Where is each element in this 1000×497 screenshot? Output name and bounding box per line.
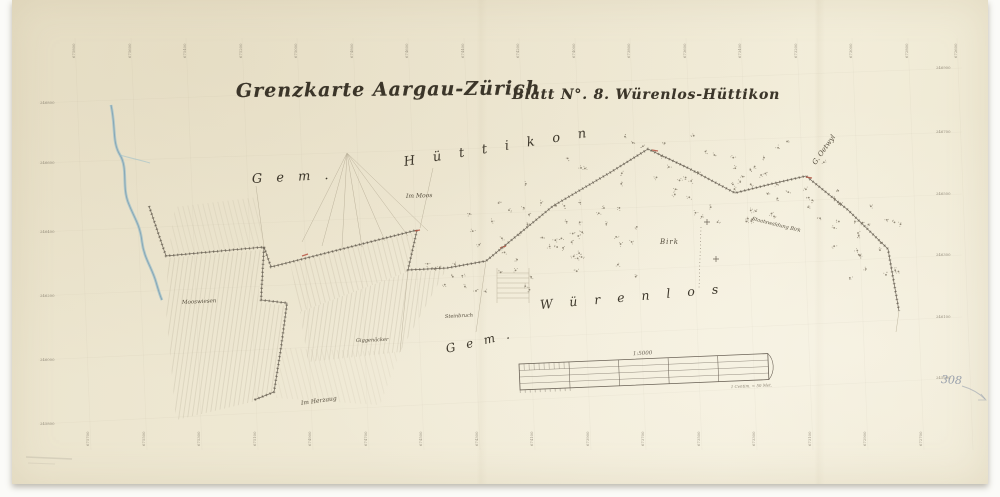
svg-text:672600: 672600 xyxy=(953,43,958,58)
svg-text:673000: 673000 xyxy=(848,43,853,58)
svg-text:246200: 246200 xyxy=(40,293,55,298)
svg-text:246700: 246700 xyxy=(936,129,951,134)
scale-ratio-label: 1:5000 xyxy=(633,350,653,357)
svg-text:675300: 675300 xyxy=(196,431,201,446)
svg-text:246100: 246100 xyxy=(936,314,951,319)
svg-text:246500: 246500 xyxy=(936,191,951,196)
svg-text:674300: 674300 xyxy=(474,431,479,446)
svg-text:246300: 246300 xyxy=(936,252,951,257)
svg-text:675400: 675400 xyxy=(182,43,187,58)
svg-text:674100: 674100 xyxy=(529,431,534,446)
svg-text:672700: 672700 xyxy=(918,431,923,446)
scale-unit-label: 1 Centim. = 50 Met. xyxy=(731,382,773,389)
place-label-giggenaecker: Giggenäcker xyxy=(356,337,389,344)
svg-text:673800: 673800 xyxy=(626,43,631,58)
svg-text:246000: 246000 xyxy=(40,357,55,362)
pencil-sheet-number: 308 xyxy=(941,373,963,387)
svg-text:674000: 674000 xyxy=(571,43,576,58)
svg-text:673500: 673500 xyxy=(696,431,701,446)
svg-text:673200: 673200 xyxy=(793,43,798,58)
svg-text:674600: 674600 xyxy=(404,43,409,58)
svg-text:673100: 673100 xyxy=(807,431,812,446)
svg-text:672900: 672900 xyxy=(862,431,867,446)
svg-text:674400: 674400 xyxy=(460,43,465,58)
place-label-birk: Birk xyxy=(660,238,679,246)
svg-text:246400: 246400 xyxy=(40,229,55,234)
svg-text:246600: 246600 xyxy=(40,160,55,165)
pencil-marks xyxy=(26,386,986,464)
svg-text:674700: 674700 xyxy=(363,431,368,446)
svg-text:675600: 675600 xyxy=(127,43,132,58)
svg-text:673700: 673700 xyxy=(640,431,645,446)
map-overlay: 6758006756006754006752006750006748006746… xyxy=(0,0,1000,497)
svg-text:674500: 674500 xyxy=(418,431,423,446)
svg-text:675100: 675100 xyxy=(252,431,257,446)
svg-text:673400: 673400 xyxy=(737,43,742,58)
svg-text:674800: 674800 xyxy=(349,43,354,58)
svg-text:675800: 675800 xyxy=(71,43,76,58)
map-title: Grenzkarte Aargau-Zürich xyxy=(236,77,541,102)
svg-text:675700: 675700 xyxy=(85,431,90,446)
svg-text:673600: 673600 xyxy=(682,43,687,58)
stream xyxy=(111,105,162,300)
svg-text:675000: 675000 xyxy=(293,43,298,58)
scale-bar: 1:5000 1 Centim. = 50 Met. xyxy=(519,345,774,398)
svg-text:673900: 673900 xyxy=(585,431,590,446)
svg-text:674200: 674200 xyxy=(515,43,520,58)
map-canvas: 6758006756006754006752006750006748006746… xyxy=(0,0,1000,497)
place-label-im-moos: Im Moos xyxy=(406,192,433,200)
svg-text:245800: 245800 xyxy=(40,421,55,426)
svg-text:672800: 672800 xyxy=(904,43,909,58)
svg-text:675200: 675200 xyxy=(238,43,243,58)
svg-text:246800: 246800 xyxy=(40,100,55,105)
svg-text:675500: 675500 xyxy=(141,431,146,446)
svg-text:673300: 673300 xyxy=(751,431,756,446)
svg-text:246900: 246900 xyxy=(936,65,951,70)
svg-text:674900: 674900 xyxy=(307,431,312,446)
path-dotted xyxy=(699,219,719,289)
sheet-title: Blatt N°. 8. Würenlos-Hüttikon xyxy=(512,87,780,103)
